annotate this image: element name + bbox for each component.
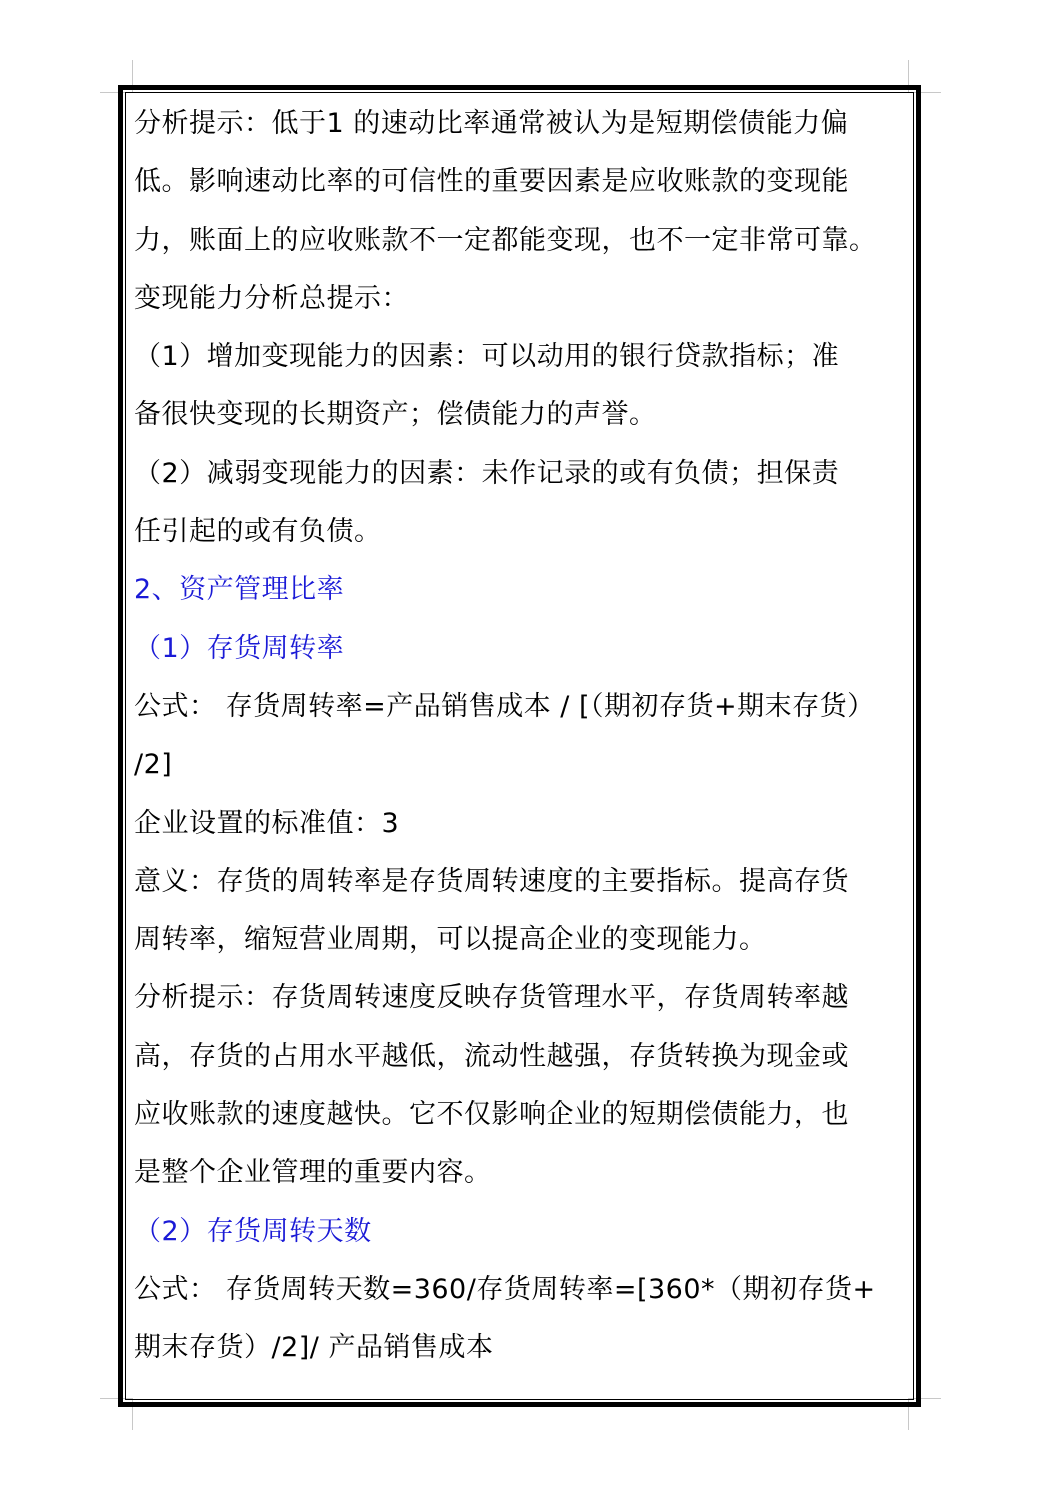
- section-heading: （2）存货周转天数: [134, 1203, 914, 1261]
- text-line: 分析提示：存货周转速度反映存货管理水平，存货周转率越: [134, 969, 914, 1027]
- section-heading: 2、资产管理比率: [134, 561, 914, 619]
- text-line: 意义：存货的周转率是存货周转速度的主要指标。提高存货: [134, 853, 914, 911]
- text-line: /2]: [134, 736, 914, 794]
- text-line: 是整个企业管理的重要内容。: [134, 1144, 914, 1202]
- document-body: 分析提示：低于1 的速动比率通常被认为是短期偿债能力偏低。影响速动比率的可信性的…: [134, 95, 914, 1378]
- text-line: 高，存货的占用水平越低，流动性越强，存货转换为现金或: [134, 1028, 914, 1086]
- text-line: 任引起的或有负债。: [134, 503, 914, 561]
- text-line: 企业设置的标准值：3: [134, 795, 914, 853]
- text-line: （1）增加变现能力的因素：可以动用的银行贷款指标；准: [134, 328, 914, 386]
- text-line: 期末存货）/2]/ 产品销售成本: [134, 1319, 914, 1377]
- text-line: 公式： 存货周转天数=360/存货周转率=[360*（期初存货+: [134, 1261, 914, 1319]
- text-line: （2）减弱变现能力的因素：未作记录的或有负债；担保责: [134, 445, 914, 503]
- text-line: 变现能力分析总提示：: [134, 270, 914, 328]
- text-line: 周转率，缩短营业周期，可以提高企业的变现能力。: [134, 911, 914, 969]
- text-line: 公式： 存货周转率=产品销售成本 / [（期初存货+期末存货）: [134, 678, 914, 736]
- section-heading: （1）存货周转率: [134, 620, 914, 678]
- text-line: 应收账款的速度越快。它不仅影响企业的短期偿债能力，也: [134, 1086, 914, 1144]
- text-line: 备很快变现的长期资产；偿债能力的声誉。: [134, 386, 914, 444]
- text-line: 分析提示：低于1 的速动比率通常被认为是短期偿债能力偏: [134, 95, 914, 153]
- text-line: 低。影响速动比率的可信性的重要因素是应收账款的变现能: [134, 153, 914, 211]
- text-line: 力，账面上的应收账款不一定都能变现，也不一定非常可靠。: [134, 212, 914, 270]
